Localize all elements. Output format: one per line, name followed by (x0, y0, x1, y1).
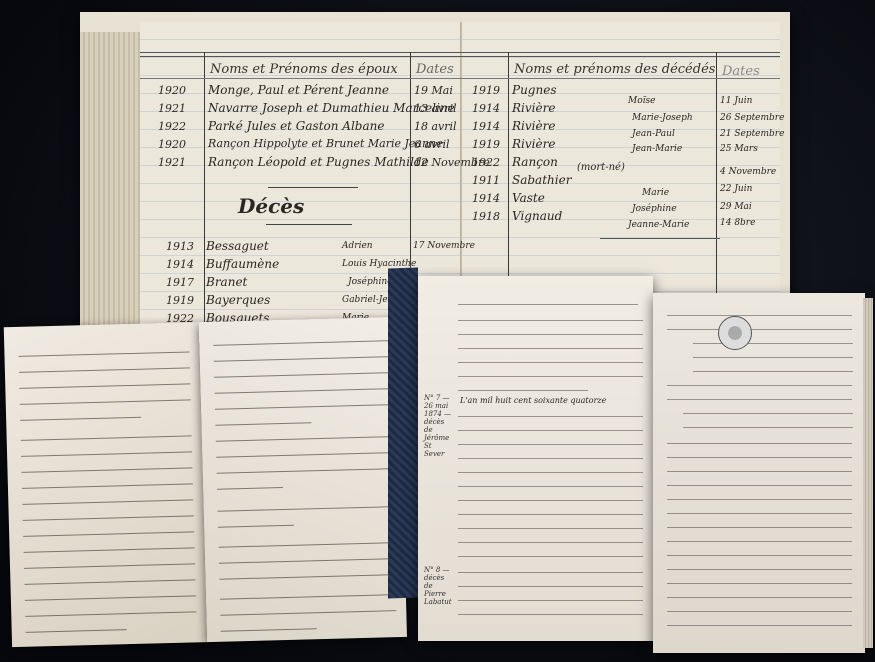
marriage-date: 13 avril (414, 102, 457, 115)
death-date: 22 Juin (720, 184, 752, 194)
death-date: 14 8bre (720, 218, 755, 228)
death-date: 17 Novembre (413, 241, 475, 251)
register-blue-cover (388, 267, 418, 598)
open-civil-register: N° 7 — 26 mai 1874 — décès de Jérôme St … (388, 268, 875, 662)
marriage-year: 1921 (158, 102, 186, 115)
death-firstname: Joséphine (632, 204, 677, 214)
marriage-year: 1921 (158, 156, 186, 169)
marriage-date: 6 avril (414, 138, 450, 151)
death-surname: Rivière (512, 137, 555, 151)
marriage-date: 18 avril (414, 120, 457, 133)
section-title-deces: Décès (238, 194, 304, 218)
header-names-deceased: Noms et prénoms des décédés (514, 62, 715, 77)
margin-note: N° 8 — décès de Pierre Labatut (424, 566, 454, 606)
death-year: 1913 (166, 240, 194, 253)
marriage-names: Rançon Hippolyte et Brunet Marie Jeanne (208, 137, 443, 150)
handwritten-notebook (4, 317, 413, 657)
death-year: 1914 (472, 102, 500, 115)
death-date: 29 Mai (720, 202, 752, 212)
marriage-year: 1920 (158, 138, 186, 151)
death-firstname: Joséphine (348, 277, 393, 287)
death-surname: Sabathier (512, 173, 571, 187)
death-firstname: Jeanne-Marie (628, 220, 689, 230)
death-year: 1914 (472, 120, 500, 133)
death-surname: Branet (206, 275, 247, 289)
death-surname: Buffaumène (206, 257, 279, 271)
marriage-names: Monge, Paul et Pérent Jeanne (208, 83, 389, 97)
margin-note: N° 7 — 26 mai 1874 — décès de Jérôme St … (424, 394, 454, 458)
official-seal-stamp-icon (718, 316, 752, 350)
death-surname: Bayerques (206, 293, 270, 307)
death-year: 1919 (472, 84, 500, 97)
death-year: 1919 (166, 294, 194, 307)
death-date: 25 Mars (720, 144, 758, 154)
header-dates-left: Dates (416, 62, 454, 77)
death-firstname: Moïse (628, 96, 655, 106)
notebook-left-page (4, 322, 207, 647)
death-firstname: Marie-Joseph (632, 113, 693, 123)
marriage-year: 1920 (158, 84, 186, 97)
death-date: 26 Septembre (720, 113, 784, 123)
header-names-marriages: Noms et Prénoms des époux (210, 62, 398, 77)
header-dates-right: Dates (722, 64, 760, 79)
death-firstname: Jean-Paul (632, 129, 675, 139)
marriage-date: 19 Mai (414, 84, 453, 97)
death-year: 1914 (166, 258, 194, 271)
death-date: 21 Septembre (720, 129, 784, 139)
register-right-page (653, 293, 865, 653)
death-surname: Rançon (512, 155, 558, 169)
death-year: 1918 (472, 210, 500, 223)
death-surname: Rivière (512, 101, 555, 115)
death-year: 1919 (472, 138, 500, 151)
death-firstname: Adrien (342, 241, 373, 251)
death-surname: Vaste (512, 191, 545, 205)
death-firstname: Marie (642, 188, 669, 198)
death-surname: Pugnes (512, 83, 556, 97)
death-year: 1911 (472, 174, 500, 187)
notebook-right-page (199, 317, 407, 642)
register-left-page: N° 7 — 26 mai 1874 — décès de Jérôme St … (418, 276, 653, 641)
marriage-year: 1922 (158, 120, 186, 133)
register-page-edges (863, 298, 873, 648)
death-date: 11 Juin (720, 96, 752, 106)
death-firstname: (mort-né) (577, 162, 625, 173)
death-surname: Vignaud (512, 209, 562, 223)
entry-opening: L'an mil huit cent soixante quatorze (460, 396, 606, 405)
death-surname: Bessaguet (206, 239, 269, 253)
marriage-names: Parké Jules et Gaston Albane (208, 119, 384, 133)
ledger-page-edges (80, 32, 140, 342)
death-year: 1917 (166, 276, 194, 289)
death-date: 4 Novembre (720, 167, 776, 177)
death-year: 1922 (472, 156, 500, 169)
death-surname: Rivière (512, 119, 555, 133)
death-year: 1914 (472, 192, 500, 205)
marriage-names: Rançon Léopold et Pugnes Mathilde (208, 155, 429, 169)
death-firstname: Jean-Marie (632, 144, 682, 154)
